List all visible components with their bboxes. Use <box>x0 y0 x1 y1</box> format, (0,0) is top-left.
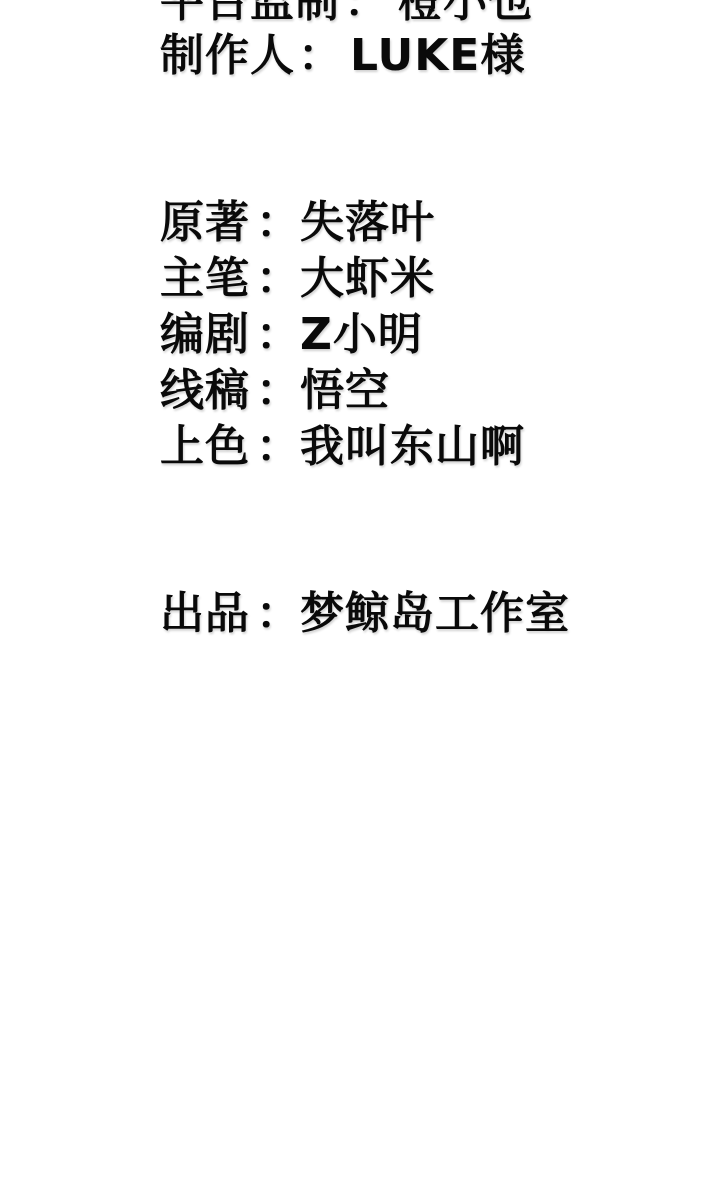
credit-role: 出品 <box>160 586 256 642</box>
credit-role: 制作人 <box>160 28 298 84</box>
credit-role: 主笔 <box>160 251 256 307</box>
credit-role: 线稿 <box>160 363 256 419</box>
credit-colon: ： <box>256 363 300 419</box>
credit-value: 失落叶 <box>300 195 435 251</box>
credit-value: 橙小也 <box>398 0 533 30</box>
credit-value: 我叫东山啊 <box>300 419 525 475</box>
credit-colon: ： <box>256 307 300 363</box>
credit-value: 梦鲸岛工作室 <box>300 586 570 642</box>
credit-original-author: 原著：失落叶 <box>160 195 435 251</box>
credit-role: 原著 <box>160 195 256 251</box>
credit-screenwriter: 编剧：Z小明 <box>160 307 423 363</box>
credit-value: Z小明 <box>300 307 423 363</box>
credit-lead-artist: 主笔：大虾米 <box>160 251 435 307</box>
credit-role: 上色 <box>160 419 256 475</box>
credit-coloring: 上色：我叫东山啊 <box>160 419 525 475</box>
credit-studio: 出品：梦鲸岛工作室 <box>160 586 570 642</box>
credit-role: 平台监制 <box>160 0 344 30</box>
credit-role: 编剧 <box>160 307 256 363</box>
credit-colon: ： <box>256 251 300 307</box>
credit-platform-supervisor: 平台监制：橙小也 <box>160 0 533 30</box>
credit-line-art: 线稿：悟空 <box>160 363 390 419</box>
credit-value: 大虾米 <box>300 251 435 307</box>
credit-colon: ： <box>256 586 300 642</box>
credit-colon: ： <box>256 419 300 475</box>
credit-producer-person: 制作人：LUKE様 <box>160 28 525 84</box>
credit-value: LUKE様 <box>350 28 525 84</box>
credit-colon: ： <box>344 0 388 30</box>
credit-colon: ： <box>298 28 342 84</box>
credit-value: 悟空 <box>300 363 390 419</box>
credit-colon: ： <box>256 195 300 251</box>
